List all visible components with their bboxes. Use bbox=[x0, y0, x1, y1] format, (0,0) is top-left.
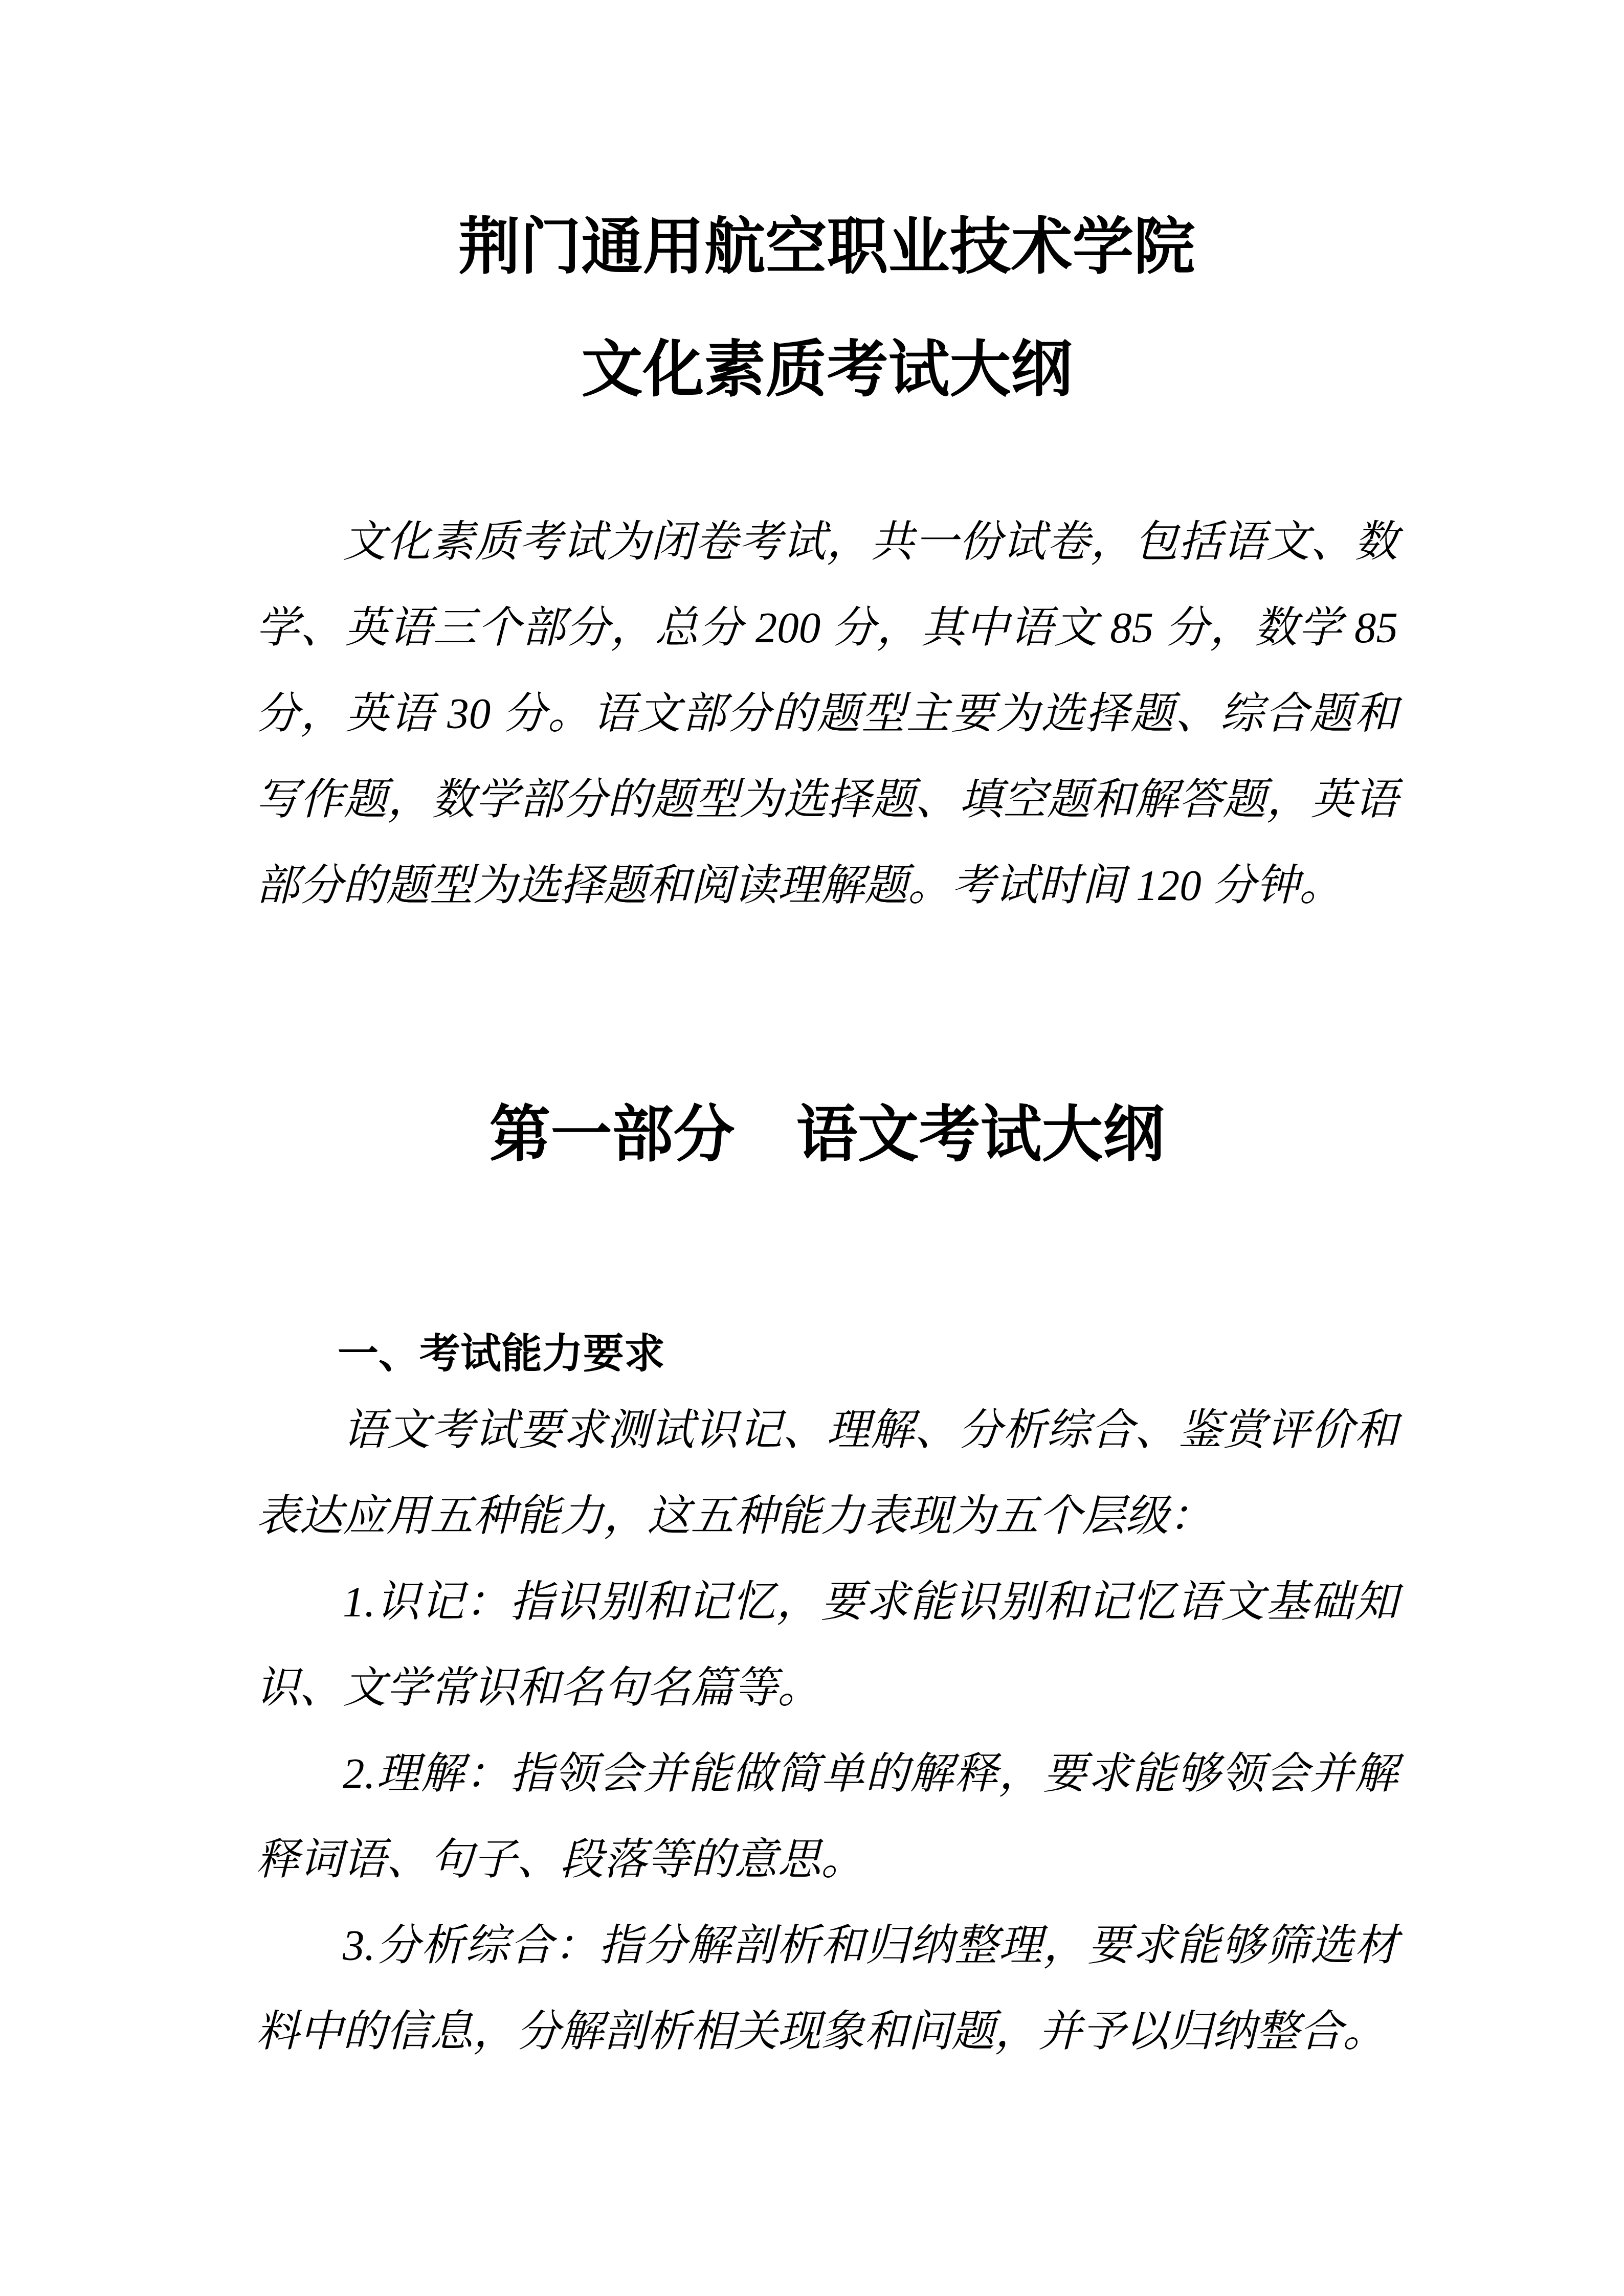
document-page: 荆门通用航空职业技术学院 文化素质考试大纲 文化素质考试为闭卷考试，共一份试卷，… bbox=[0, 0, 1624, 2296]
ability-item-2: 2.理解：指领会并能做简单的解释，要求能够领会并解释词语、句子、段落等的意思。 bbox=[256, 1731, 1398, 1903]
subsection1-heading: 一、考试能力要求 bbox=[256, 1323, 1398, 1384]
doc-title: 荆门通用航空职业技术学院 文化素质考试大纲 bbox=[256, 186, 1398, 432]
subsection1-intro-paragraph: 语文考试要求测试识记、理解、分析综合、鉴赏评价和表达应用五种能力，这五种能力表现… bbox=[256, 1387, 1398, 1559]
section1-heading: 第一部分 语文考试大纲 bbox=[256, 1094, 1398, 1176]
intro-paragraph: 文化素质考试为闭卷考试，共一份试卷，包括语文、数学、英语三个部分，总分 200 … bbox=[256, 499, 1398, 929]
ability-item-3: 3.分析综合：指分解剖析和归纳整理，要求能够筛选材料中的信息，分解剖析相关现象和… bbox=[256, 1903, 1398, 2075]
doc-title-line2: 文化素质考试大纲 bbox=[256, 309, 1398, 432]
doc-title-line1: 荆门通用航空职业技术学院 bbox=[256, 186, 1398, 309]
ability-item-1: 1.识记：指识别和记忆，要求能识别和记忆语文基础知识、文学常识和名句名篇等。 bbox=[256, 1559, 1398, 1731]
